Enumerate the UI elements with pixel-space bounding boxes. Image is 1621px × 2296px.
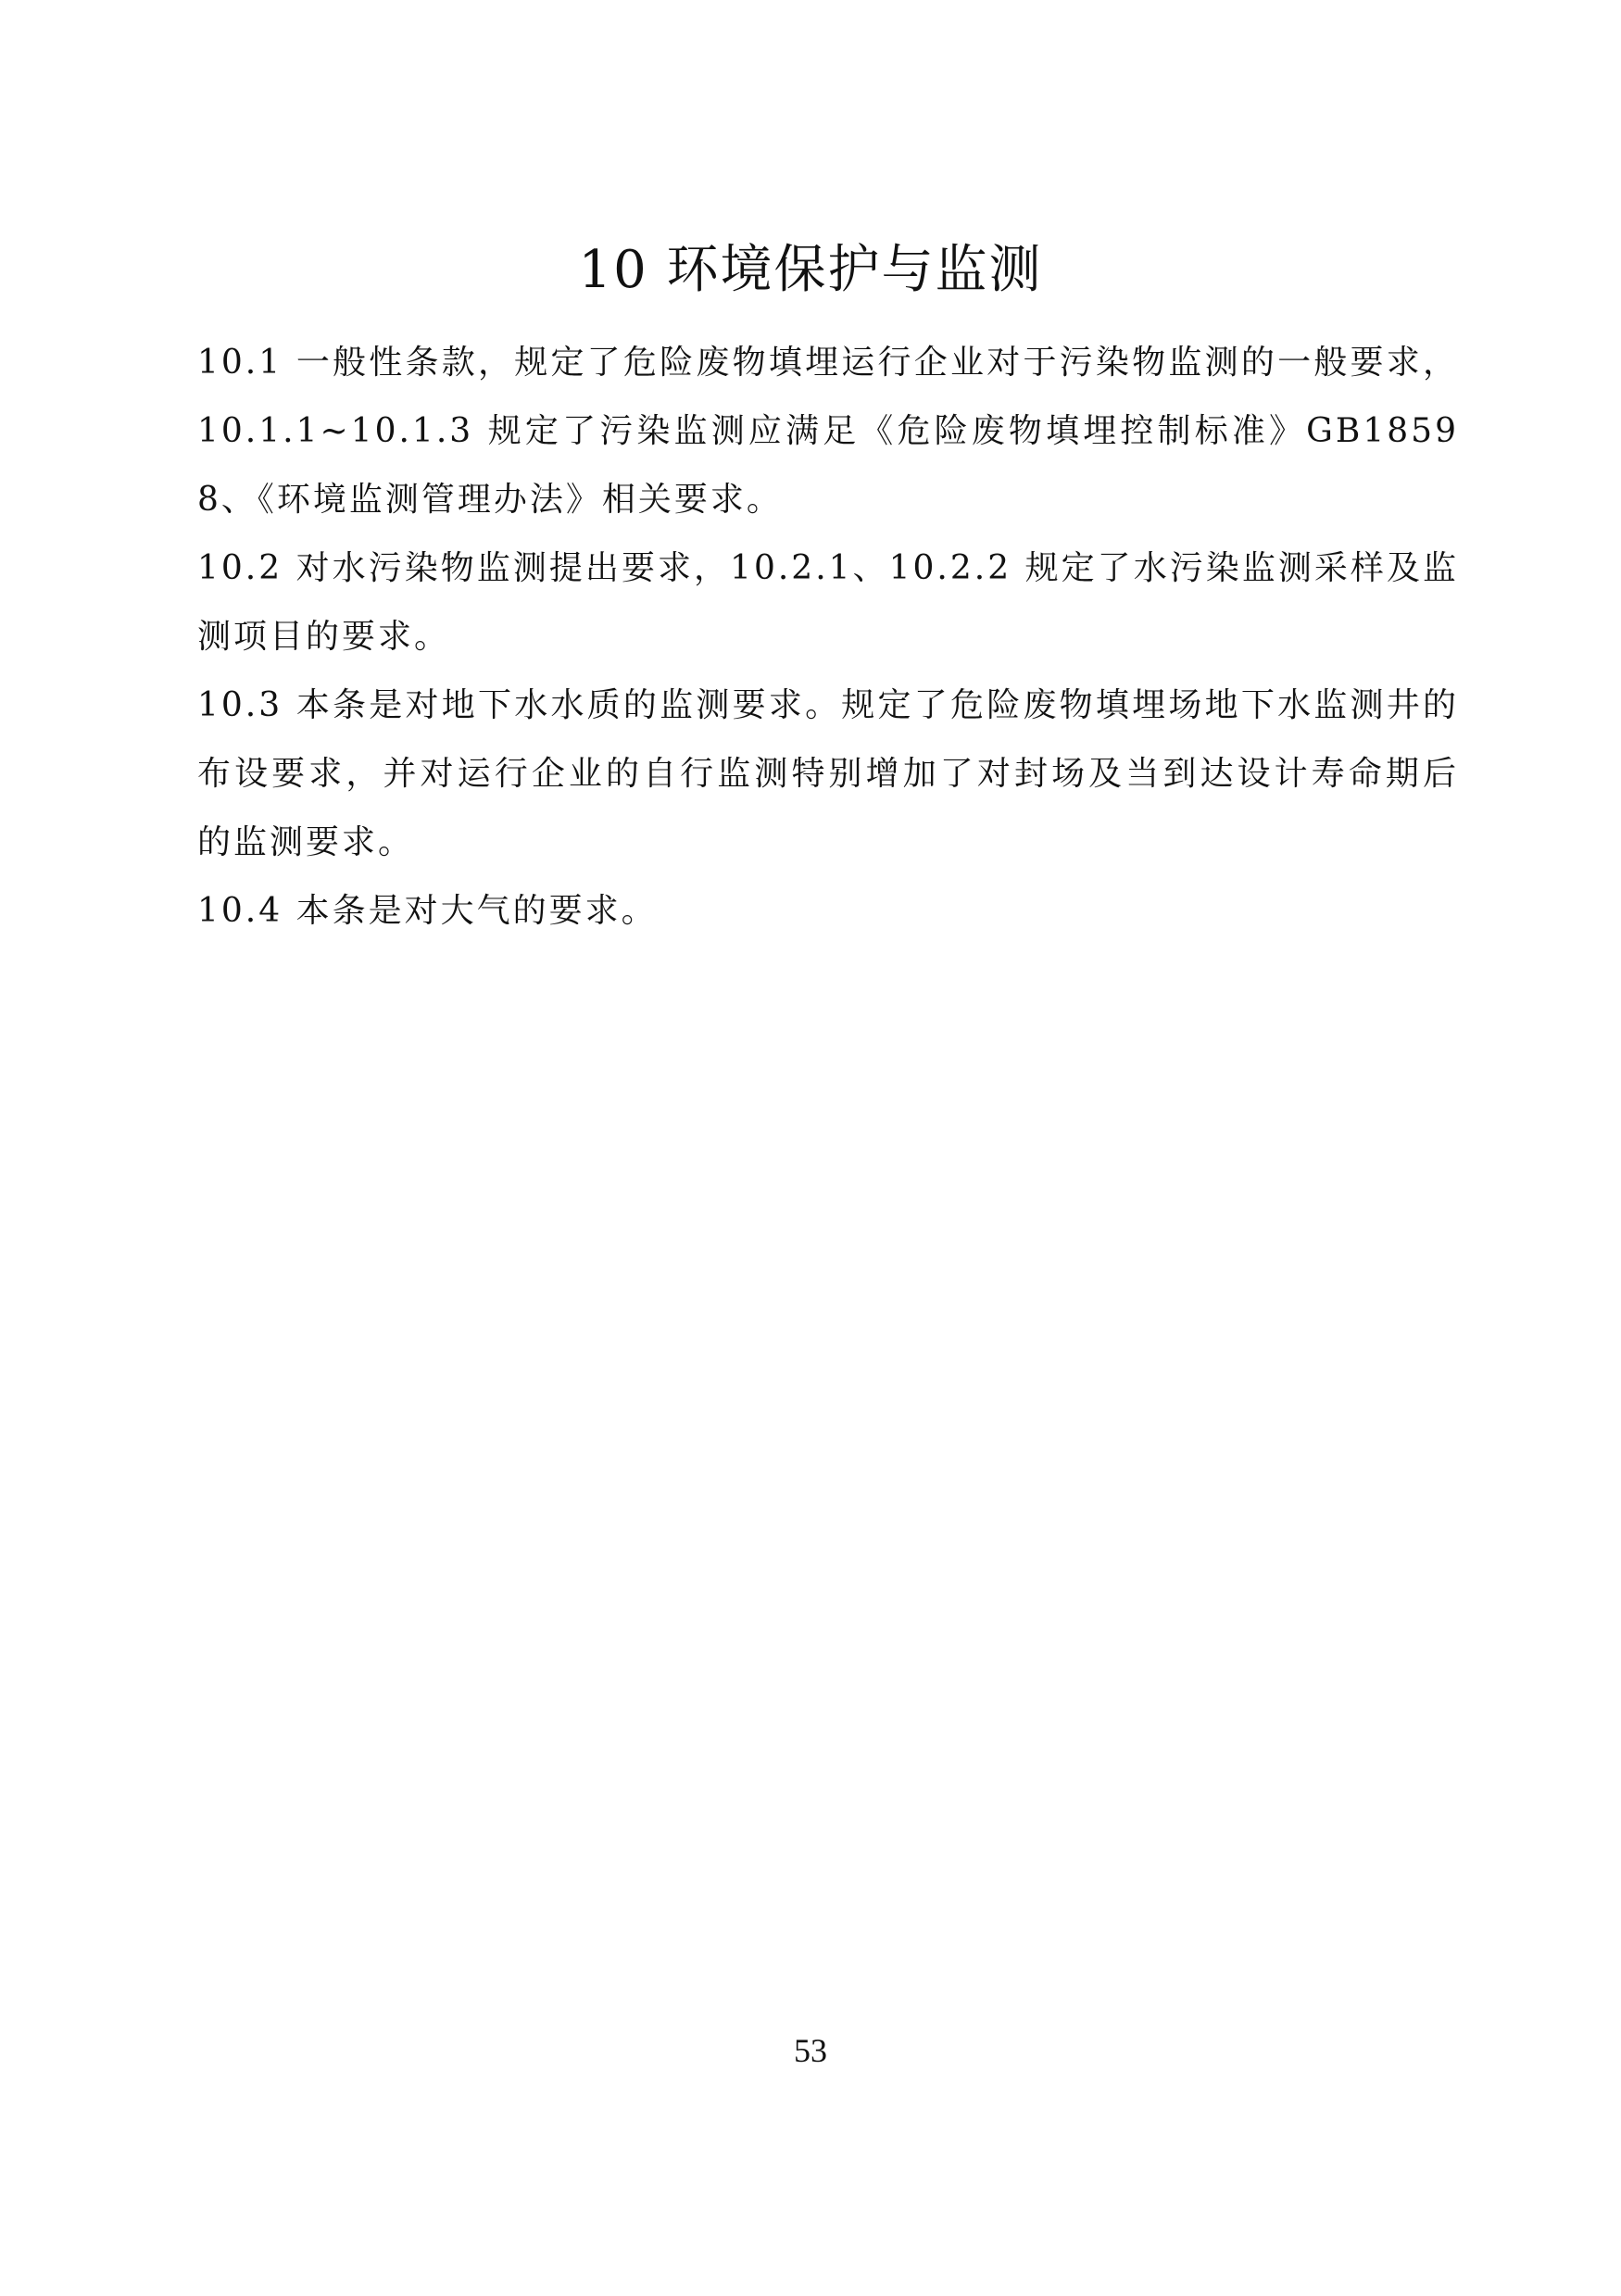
paragraph-10-1: 10.1 一般性条款，规定了危险废物填埋运行企业对于污染物监测的一般要求，10.…	[197, 329, 1459, 534]
page-number: 53	[0, 2030, 1621, 2071]
section-body: 10.1 一般性条款，规定了危险废物填埋运行企业对于污染物监测的一般要求，10.…	[197, 329, 1459, 946]
paragraph-10-2: 10.2 对水污染物监测提出要求，10.2.1、10.2.2 规定了水污染监测采…	[197, 534, 1459, 671]
paragraph-10-4: 10.4 本条是对大气的要求。	[197, 877, 1459, 946]
section-title: 10 环境保护与监测	[0, 233, 1621, 307]
paragraph-10-3: 10.3 本条是对地下水水质的监测要求。规定了危险废物填埋场地下水监测井的布设要…	[197, 671, 1459, 877]
